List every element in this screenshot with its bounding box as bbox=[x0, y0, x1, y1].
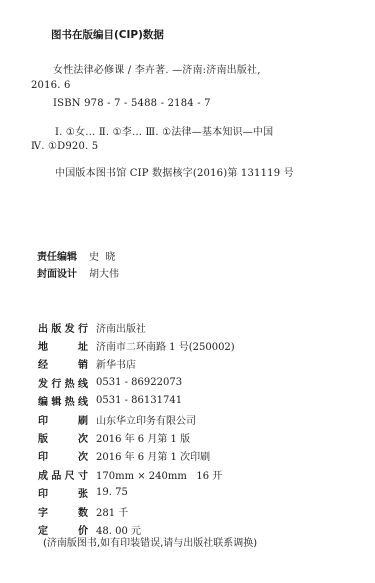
pubinfo-row: 发行热线0531 - 86922073 bbox=[38, 373, 235, 391]
pubinfo-row: 地址济南市二环南路 1 号(250002) bbox=[38, 336, 235, 354]
pubinfo-label-char: 发 bbox=[65, 320, 75, 335]
pubinfo-label-char: 出 bbox=[38, 320, 48, 335]
pubinfo-label-char: 次 bbox=[78, 430, 88, 445]
cip-date: 2016. 6 bbox=[31, 80, 71, 91]
pubinfo-label: 编辑热线 bbox=[38, 393, 88, 408]
pubinfo-label: 版次 bbox=[38, 430, 88, 445]
pubinfo-value: 2016 年 6 月第 1 版 bbox=[96, 430, 190, 445]
pubinfo-value: 281 千 bbox=[96, 504, 128, 519]
cip-isbn: ISBN 978 - 7 - 5488 - 2184 - 7 bbox=[53, 98, 211, 109]
pubinfo-label: 印张 bbox=[38, 485, 88, 500]
pubinfo-value: 2016 年 6 月第 1 次印刷 bbox=[96, 448, 210, 463]
cip-title-author-publisher: 女性法律必修课 / 李卉著. —济南:济南出版社, bbox=[53, 61, 261, 76]
pubinfo-value: 新华书店 bbox=[96, 356, 136, 371]
pubinfo-label: 印刷 bbox=[38, 412, 88, 427]
pubinfo-label-char: 行 bbox=[51, 375, 61, 390]
pubinfo-value: 济南出版社 bbox=[96, 320, 146, 335]
replacement-notice: (济南版图书,如有印装错误,请与出版社联系调换) bbox=[43, 534, 257, 549]
pubinfo-label-char: 数 bbox=[78, 504, 88, 519]
pubinfo-label: 地址 bbox=[38, 338, 88, 353]
cip-classification: Ⅳ. ①D920. 5 bbox=[31, 141, 98, 152]
pubinfo-label-char: 成 bbox=[38, 467, 48, 482]
pubinfo-row: 编辑热线0531 - 86131741 bbox=[38, 392, 235, 410]
pubinfo-label-char: 版 bbox=[51, 320, 61, 335]
credits-block: 责任编辑 史 晓 封面设计 胡大伟 bbox=[37, 248, 119, 282]
pubinfo-label-char: 地 bbox=[38, 338, 48, 353]
pubinfo-value: 山东华立印务有限公司 bbox=[96, 412, 196, 427]
credit-value: 史 晓 bbox=[89, 248, 115, 265]
pubinfo-label: 成品尺寸 bbox=[38, 467, 88, 482]
pubinfo-label-char: 印 bbox=[38, 448, 48, 463]
credit-label: 封面设计 bbox=[37, 265, 89, 282]
pubinfo-label-char: 印 bbox=[38, 485, 48, 500]
credit-label: 责任编辑 bbox=[37, 248, 89, 265]
pubinfo-label-char: 张 bbox=[78, 485, 88, 500]
pubinfo-row: 出版发行济南出版社 bbox=[38, 318, 235, 336]
pubinfo-label-char: 版 bbox=[38, 430, 48, 445]
pubinfo-label-char: 辑 bbox=[51, 393, 61, 408]
pubinfo-row: 版次2016 年 6 月第 1 版 bbox=[38, 428, 235, 446]
pubinfo-label-char: 销 bbox=[78, 356, 88, 371]
pubinfo-row: 成品尺寸170mm × 240mm 16 开 bbox=[38, 465, 235, 483]
pubinfo-value: 济南市二环南路 1 号(250002) bbox=[96, 338, 235, 353]
pubinfo-label-char: 印 bbox=[38, 412, 48, 427]
pubinfo-label: 字数 bbox=[38, 504, 88, 519]
pubinfo-label-char: 编 bbox=[38, 393, 48, 408]
pubinfo-label: 经销 bbox=[38, 356, 88, 371]
pubinfo-row: 印张19. 75 bbox=[38, 484, 235, 502]
pubinfo-label-char: 热 bbox=[65, 393, 75, 408]
pubinfo-label-char: 发 bbox=[38, 375, 48, 390]
pubinfo-label-char: 行 bbox=[78, 320, 88, 335]
pubinfo-row: 印刷山东华立印务有限公司 bbox=[38, 410, 235, 428]
publication-info-block: 出版发行济南出版社地址济南市二环南路 1 号(250002)经销新华书店发行热线… bbox=[38, 318, 235, 539]
pubinfo-label-char: 尺 bbox=[65, 467, 75, 482]
credit-value: 胡大伟 bbox=[89, 265, 119, 282]
pubinfo-value: 19. 75 bbox=[96, 487, 128, 498]
cip-title: 图书在版编目(CIP)数据 bbox=[51, 27, 164, 42]
pubinfo-row: 字数281 千 bbox=[38, 502, 235, 520]
pubinfo-label-char: 热 bbox=[65, 375, 75, 390]
pubinfo-label-char: 线 bbox=[78, 393, 88, 408]
pubinfo-label-char: 经 bbox=[38, 356, 48, 371]
pubinfo-row: 经销新华书店 bbox=[38, 355, 235, 373]
cip-record-number: 中国版本图书馆 CIP 数据核字(2016)第 131119 号 bbox=[55, 164, 294, 179]
pubinfo-label-char: 址 bbox=[78, 338, 88, 353]
pubinfo-value: 0531 - 86131741 bbox=[96, 395, 182, 406]
pubinfo-label-char: 刷 bbox=[78, 412, 88, 427]
pubinfo-label: 出版发行 bbox=[38, 320, 88, 335]
pubinfo-label: 发行热线 bbox=[38, 375, 88, 390]
cip-subject-headings: Ⅰ. ①女… Ⅱ. ①李… Ⅲ. ①法律—基本知识—中国 bbox=[55, 123, 273, 138]
pubinfo-label-char: 字 bbox=[38, 504, 48, 519]
pubinfo-label-char: 寸 bbox=[78, 467, 88, 482]
credit-row-editor: 责任编辑 史 晓 bbox=[37, 248, 119, 265]
pubinfo-label-char: 线 bbox=[78, 375, 88, 390]
pubinfo-value: 170mm × 240mm 16 开 bbox=[96, 467, 222, 482]
pubinfo-label-char: 品 bbox=[51, 467, 61, 482]
pubinfo-label-char: 次 bbox=[78, 448, 88, 463]
pubinfo-value: 0531 - 86922073 bbox=[96, 377, 182, 388]
pubinfo-label: 印次 bbox=[38, 448, 88, 463]
credit-row-cover-design: 封面设计 胡大伟 bbox=[37, 265, 119, 282]
pubinfo-row: 印次2016 年 6 月第 1 次印刷 bbox=[38, 447, 235, 465]
